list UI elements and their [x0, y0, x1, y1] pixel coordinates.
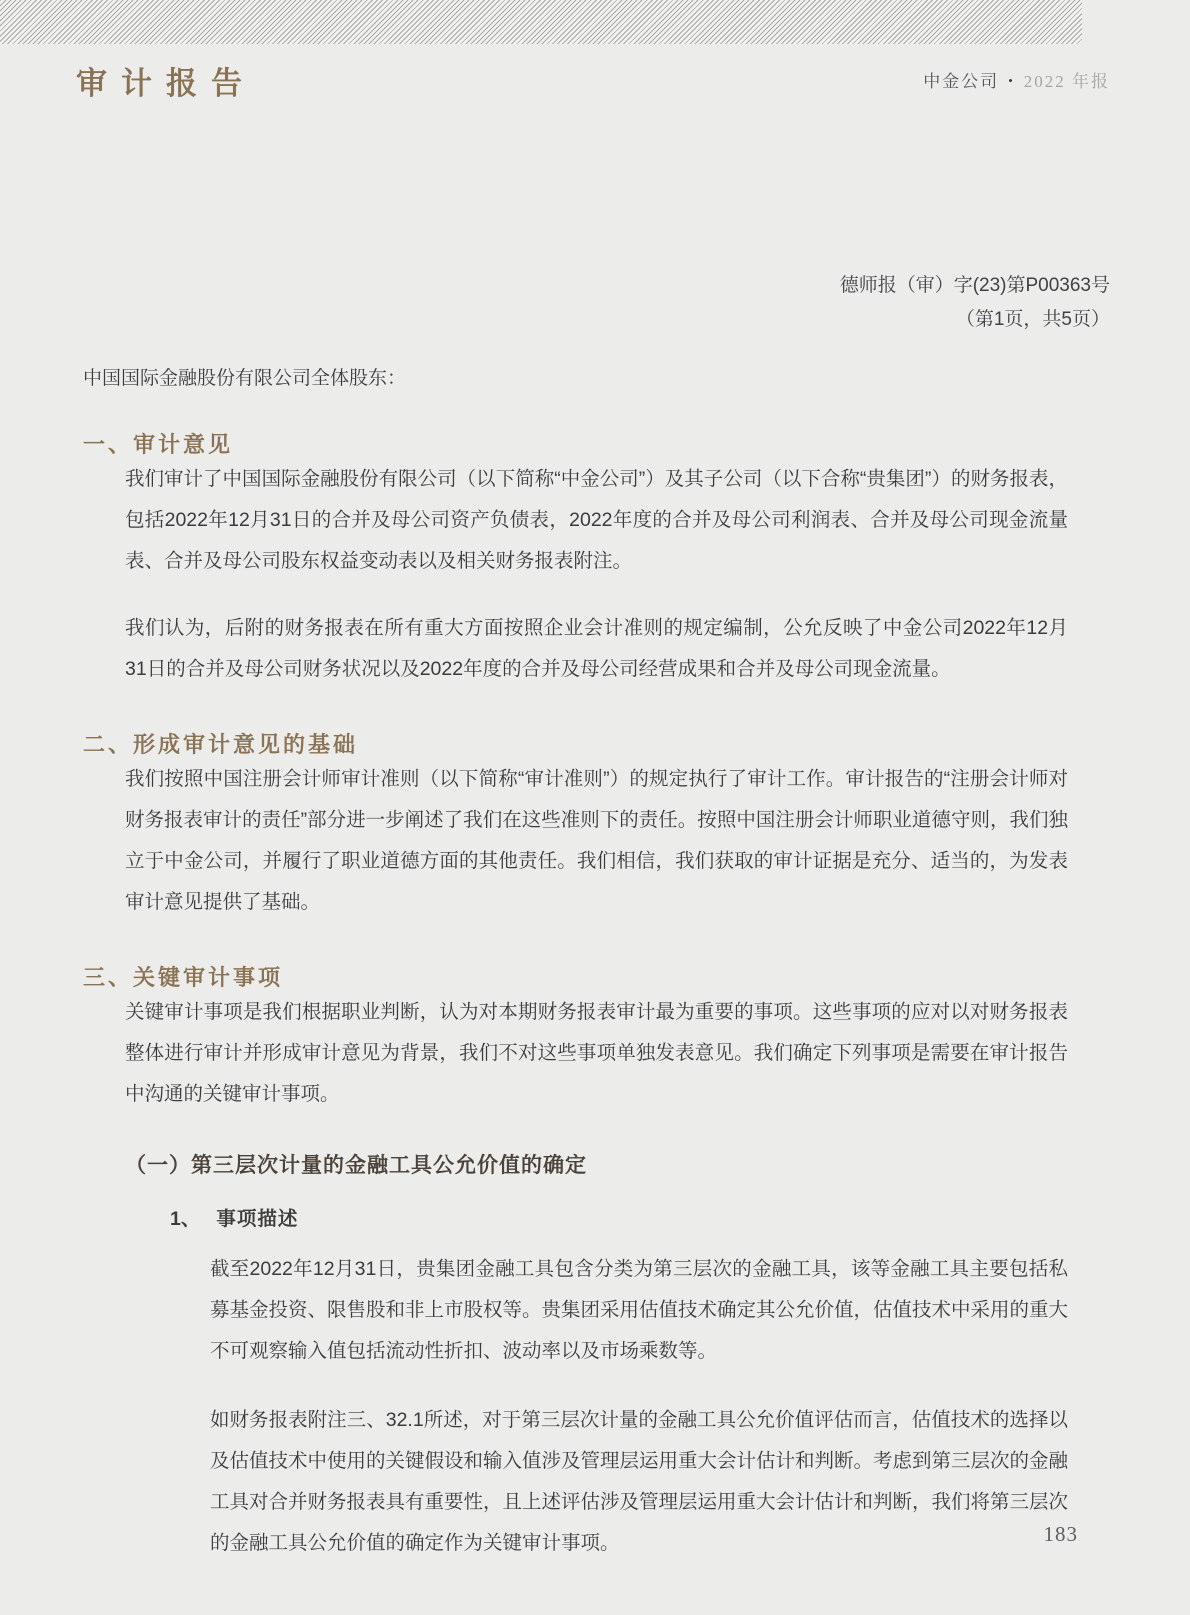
section-heading-audit-opinion: 一、审计意见 [83, 428, 1190, 459]
page-title: 审计报告 [76, 58, 256, 103]
item-heading-matter-description: 1、事项描述 [170, 1203, 1190, 1231]
brand-company-name: 中金公司 [923, 72, 999, 91]
subsection-heading-level3-fair-value: （一）第三层次计量的金融工具公允价值的确定 [125, 1149, 1190, 1179]
document-reference-block: 德师报（审）字(23)第P00363号 （第1页，共5页） [0, 269, 1110, 337]
key-audit-matters-paragraph: 关键审计事项是我们根据职业判断，认为对本期财务报表审计最为重要的事项。这些事项的… [125, 992, 1068, 1115]
matter-description-paragraph-2: 如财务报表附注三、32.1所述，对于第三层次计量的金融工具公允价值评估而言，估值… [210, 1400, 1068, 1564]
bullet-separator-icon: • [1008, 73, 1015, 88]
section-heading-basis-for-opinion: 二、形成审计意见的基础 [83, 728, 1190, 759]
page-number: 183 [1044, 1522, 1079, 1547]
addressee-line: 中国国际金融股份有限公司全体股东： [83, 363, 1190, 390]
audit-report-page: 审计报告 中金公司•2022 年报 德师报（审）字(23)第P00363号 （第… [0, 0, 1190, 1615]
matter-description-paragraph-1: 截至2022年12月31日，贵集团金融工具包含分类为第三层次的金融工具，该等金融… [210, 1249, 1068, 1372]
decorative-hatch-band [0, 0, 1082, 44]
item-number: 1、 [170, 1208, 200, 1230]
reference-number: 德师报（审）字(23)第P00363号 [0, 269, 1110, 303]
audit-opinion-paragraph-1: 我们审计了中国国际金融股份有限公司（以下简称“中金公司”）及其子公司（以下合称“… [125, 459, 1068, 582]
page-count-note: （第1页，共5页） [0, 303, 1110, 337]
basis-for-opinion-paragraph: 我们按照中国注册会计师审计准则（以下简称“审计准则”）的规定执行了审计工作。审计… [125, 759, 1068, 923]
item-title: 事项描述 [216, 1208, 298, 1230]
audit-opinion-paragraph-2: 我们认为，后附的财务报表在所有重大方面按照企业会计准则的规定编制，公允反映了中金… [125, 608, 1068, 690]
report-brand: 中金公司•2022 年报 [923, 67, 1110, 92]
section-heading-key-audit-matters: 三、关键审计事项 [83, 961, 1190, 992]
brand-edition-label: 2022 年报 [1024, 72, 1110, 91]
